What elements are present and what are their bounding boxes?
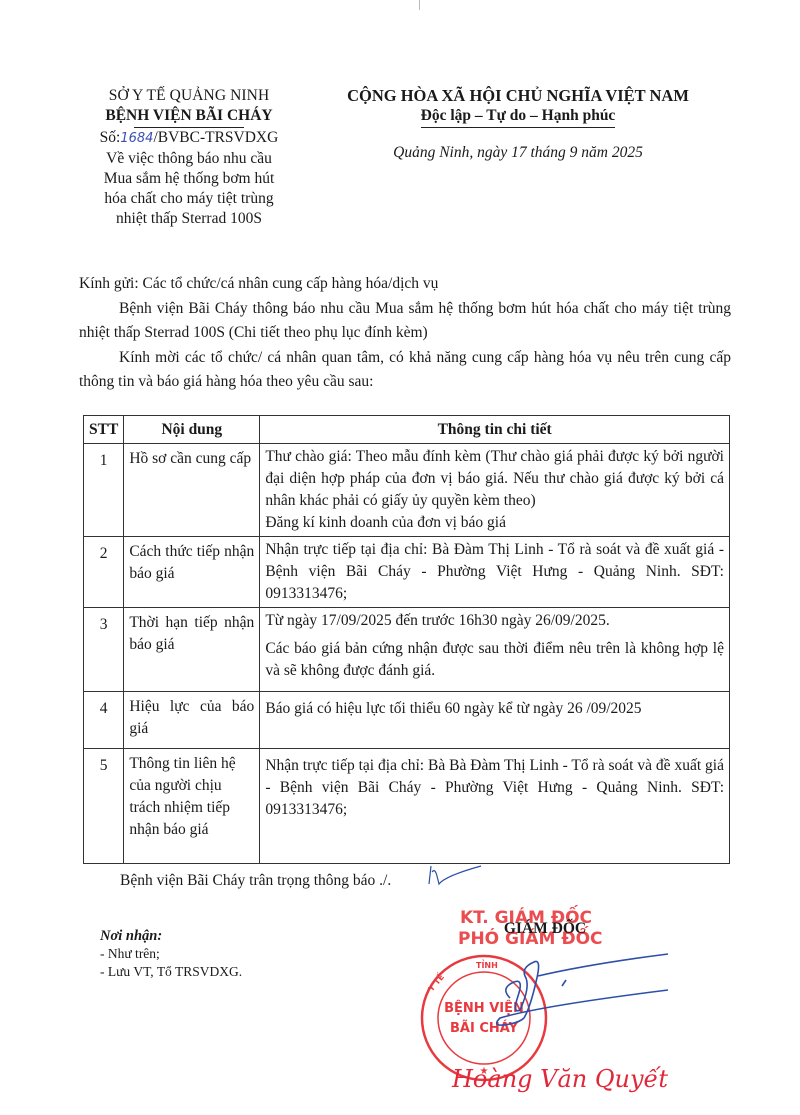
recipients-title: Nơi nhận: bbox=[100, 927, 242, 945]
scan-mark bbox=[419, 0, 420, 10]
detail-text: Thư chào giá: Theo mẫu đính kèm (Thư chà… bbox=[265, 446, 724, 512]
row-number: 1 bbox=[84, 444, 124, 537]
row-content: Hiệu lực của báo giá bbox=[124, 692, 260, 749]
header-stt: STT bbox=[84, 416, 124, 444]
table-row: 1 Hồ sơ cần cung cấp Thư chào giá: Theo … bbox=[84, 444, 730, 537]
place-date: Quảng Ninh, ngày 17 tháng 9 năm 2025 bbox=[318, 144, 718, 162]
recipient-item: - Như trên; bbox=[100, 945, 242, 963]
requirements-table: STT Nội dung Thông tin chi tiết 1 Hồ sơ … bbox=[83, 415, 730, 864]
header-content: Nội dung bbox=[124, 416, 260, 444]
table-row: 3 Thời hạn tiếp nhận báo giá Từ ngày 17/… bbox=[84, 608, 730, 692]
national-motto: Độc lập – Tự do – Hạnh phúc bbox=[421, 106, 616, 128]
recipients-block: Nơi nhận: - Như trên; - Lưu VT, Tổ TRSVD… bbox=[100, 927, 242, 981]
issuer-header: SỞ Y TẾ QUẢNG NINH BỆNH VIỆN BÃI CHÁY Số… bbox=[78, 86, 300, 229]
detail-text: Nhận trực tiếp tại địa chỉ: Bà Đàm Thị L… bbox=[265, 539, 724, 605]
detail-text: Nhận trực tiếp tại địa chỉ: Bà Bà Đàm Th… bbox=[265, 755, 724, 821]
subject-line: hóa chất cho máy tiệt trùng bbox=[78, 189, 300, 209]
subject-line: nhiệt thấp Sterrad 100S bbox=[78, 209, 300, 229]
row-details: Từ ngày 17/09/2025 đến trước 16h30 ngày … bbox=[260, 608, 730, 692]
row-number: 3 bbox=[84, 608, 124, 692]
recipient-item: - Lưu VT, Tổ TRSVDXG. bbox=[100, 963, 242, 981]
detail-text: Từ ngày 17/09/2025 đến trước 16h30 ngày … bbox=[265, 610, 724, 632]
subject-line: Mua sắm hệ thống bơm hút bbox=[78, 169, 300, 189]
handwritten-number: 1684 bbox=[120, 131, 153, 146]
initial-mark-icon bbox=[425, 862, 485, 892]
subject-line: Về việc thông báo nhu cầu bbox=[78, 149, 300, 169]
nation-title: CỘNG HÒA XÃ HỘI CHỦ NGHĨA VIỆT NAM bbox=[318, 86, 718, 106]
row-content: Thời hạn tiếp nhận báo giá bbox=[124, 608, 260, 692]
row-number: 5 bbox=[84, 749, 124, 864]
number-suffix: /BVBC-TRSVDXG bbox=[153, 129, 278, 146]
table-header-row: STT Nội dung Thông tin chi tiết bbox=[84, 416, 730, 444]
paragraph-intro: Bệnh viện Bãi Cháy thông báo nhu cầu Mua… bbox=[79, 297, 731, 345]
row-details: Nhận trực tiếp tại địa chỉ: Bà Bà Đàm Th… bbox=[260, 749, 730, 864]
header-details: Thông tin chi tiết bbox=[260, 416, 730, 444]
number-prefix: Số: bbox=[100, 129, 121, 146]
signer-title: GIÁM ĐỐC bbox=[465, 920, 625, 938]
detail-text: Đăng kí kinh doanh của đơn vị báo giá bbox=[265, 512, 724, 534]
row-content: Thông tin liên hệ của người chịu trách n… bbox=[124, 749, 260, 864]
row-details: Báo giá có hiệu lực tối thiểu 60 ngày kể… bbox=[260, 692, 730, 749]
signer-name: Hoàng Văn Quyết bbox=[452, 1065, 668, 1093]
paragraph-invitation: Kính mời các tổ chức/ cá nhân quan tâm, … bbox=[79, 346, 731, 394]
table-row: 5 Thông tin liên hệ của người chịu trách… bbox=[84, 749, 730, 864]
signature-scribble-icon bbox=[480, 948, 670, 1038]
closing-line: Bệnh viện Bãi Cháy trân trọng thông báo … bbox=[120, 872, 391, 890]
row-number: 4 bbox=[84, 692, 124, 749]
row-number: 2 bbox=[84, 537, 124, 608]
detail-text: Báo giá có hiệu lực tối thiểu 60 ngày kể… bbox=[265, 698, 724, 720]
addressee: Kính gửi: Các tổ chức/cá nhân cung cấp h… bbox=[79, 272, 731, 296]
document-number: Số:1684/BVBC-TRSVDXG bbox=[78, 128, 300, 149]
row-content: Hồ sơ cần cung cấp bbox=[124, 444, 260, 537]
row-details: Thư chào giá: Theo mẫu đính kèm (Thư chà… bbox=[260, 444, 730, 537]
department-name: SỞ Y TẾ QUẢNG NINH bbox=[78, 86, 300, 106]
table-row: 2 Cách thức tiếp nhận báo giá Nhận trực … bbox=[84, 537, 730, 608]
detail-text: Các báo giá bản cứng nhận được sau thời … bbox=[265, 638, 724, 682]
national-header: CỘNG HÒA XÃ HỘI CHỦ NGHĨA VIỆT NAM Độc l… bbox=[318, 86, 718, 162]
row-content: Cách thức tiếp nhận báo giá bbox=[124, 537, 260, 608]
row-details: Nhận trực tiếp tại địa chỉ: Bà Đàm Thị L… bbox=[260, 537, 730, 608]
table-row: 4 Hiệu lực của báo giá Báo giá có hiệu l… bbox=[84, 692, 730, 749]
hospital-name: BỆNH VIỆN BÃI CHÁY bbox=[78, 106, 300, 126]
